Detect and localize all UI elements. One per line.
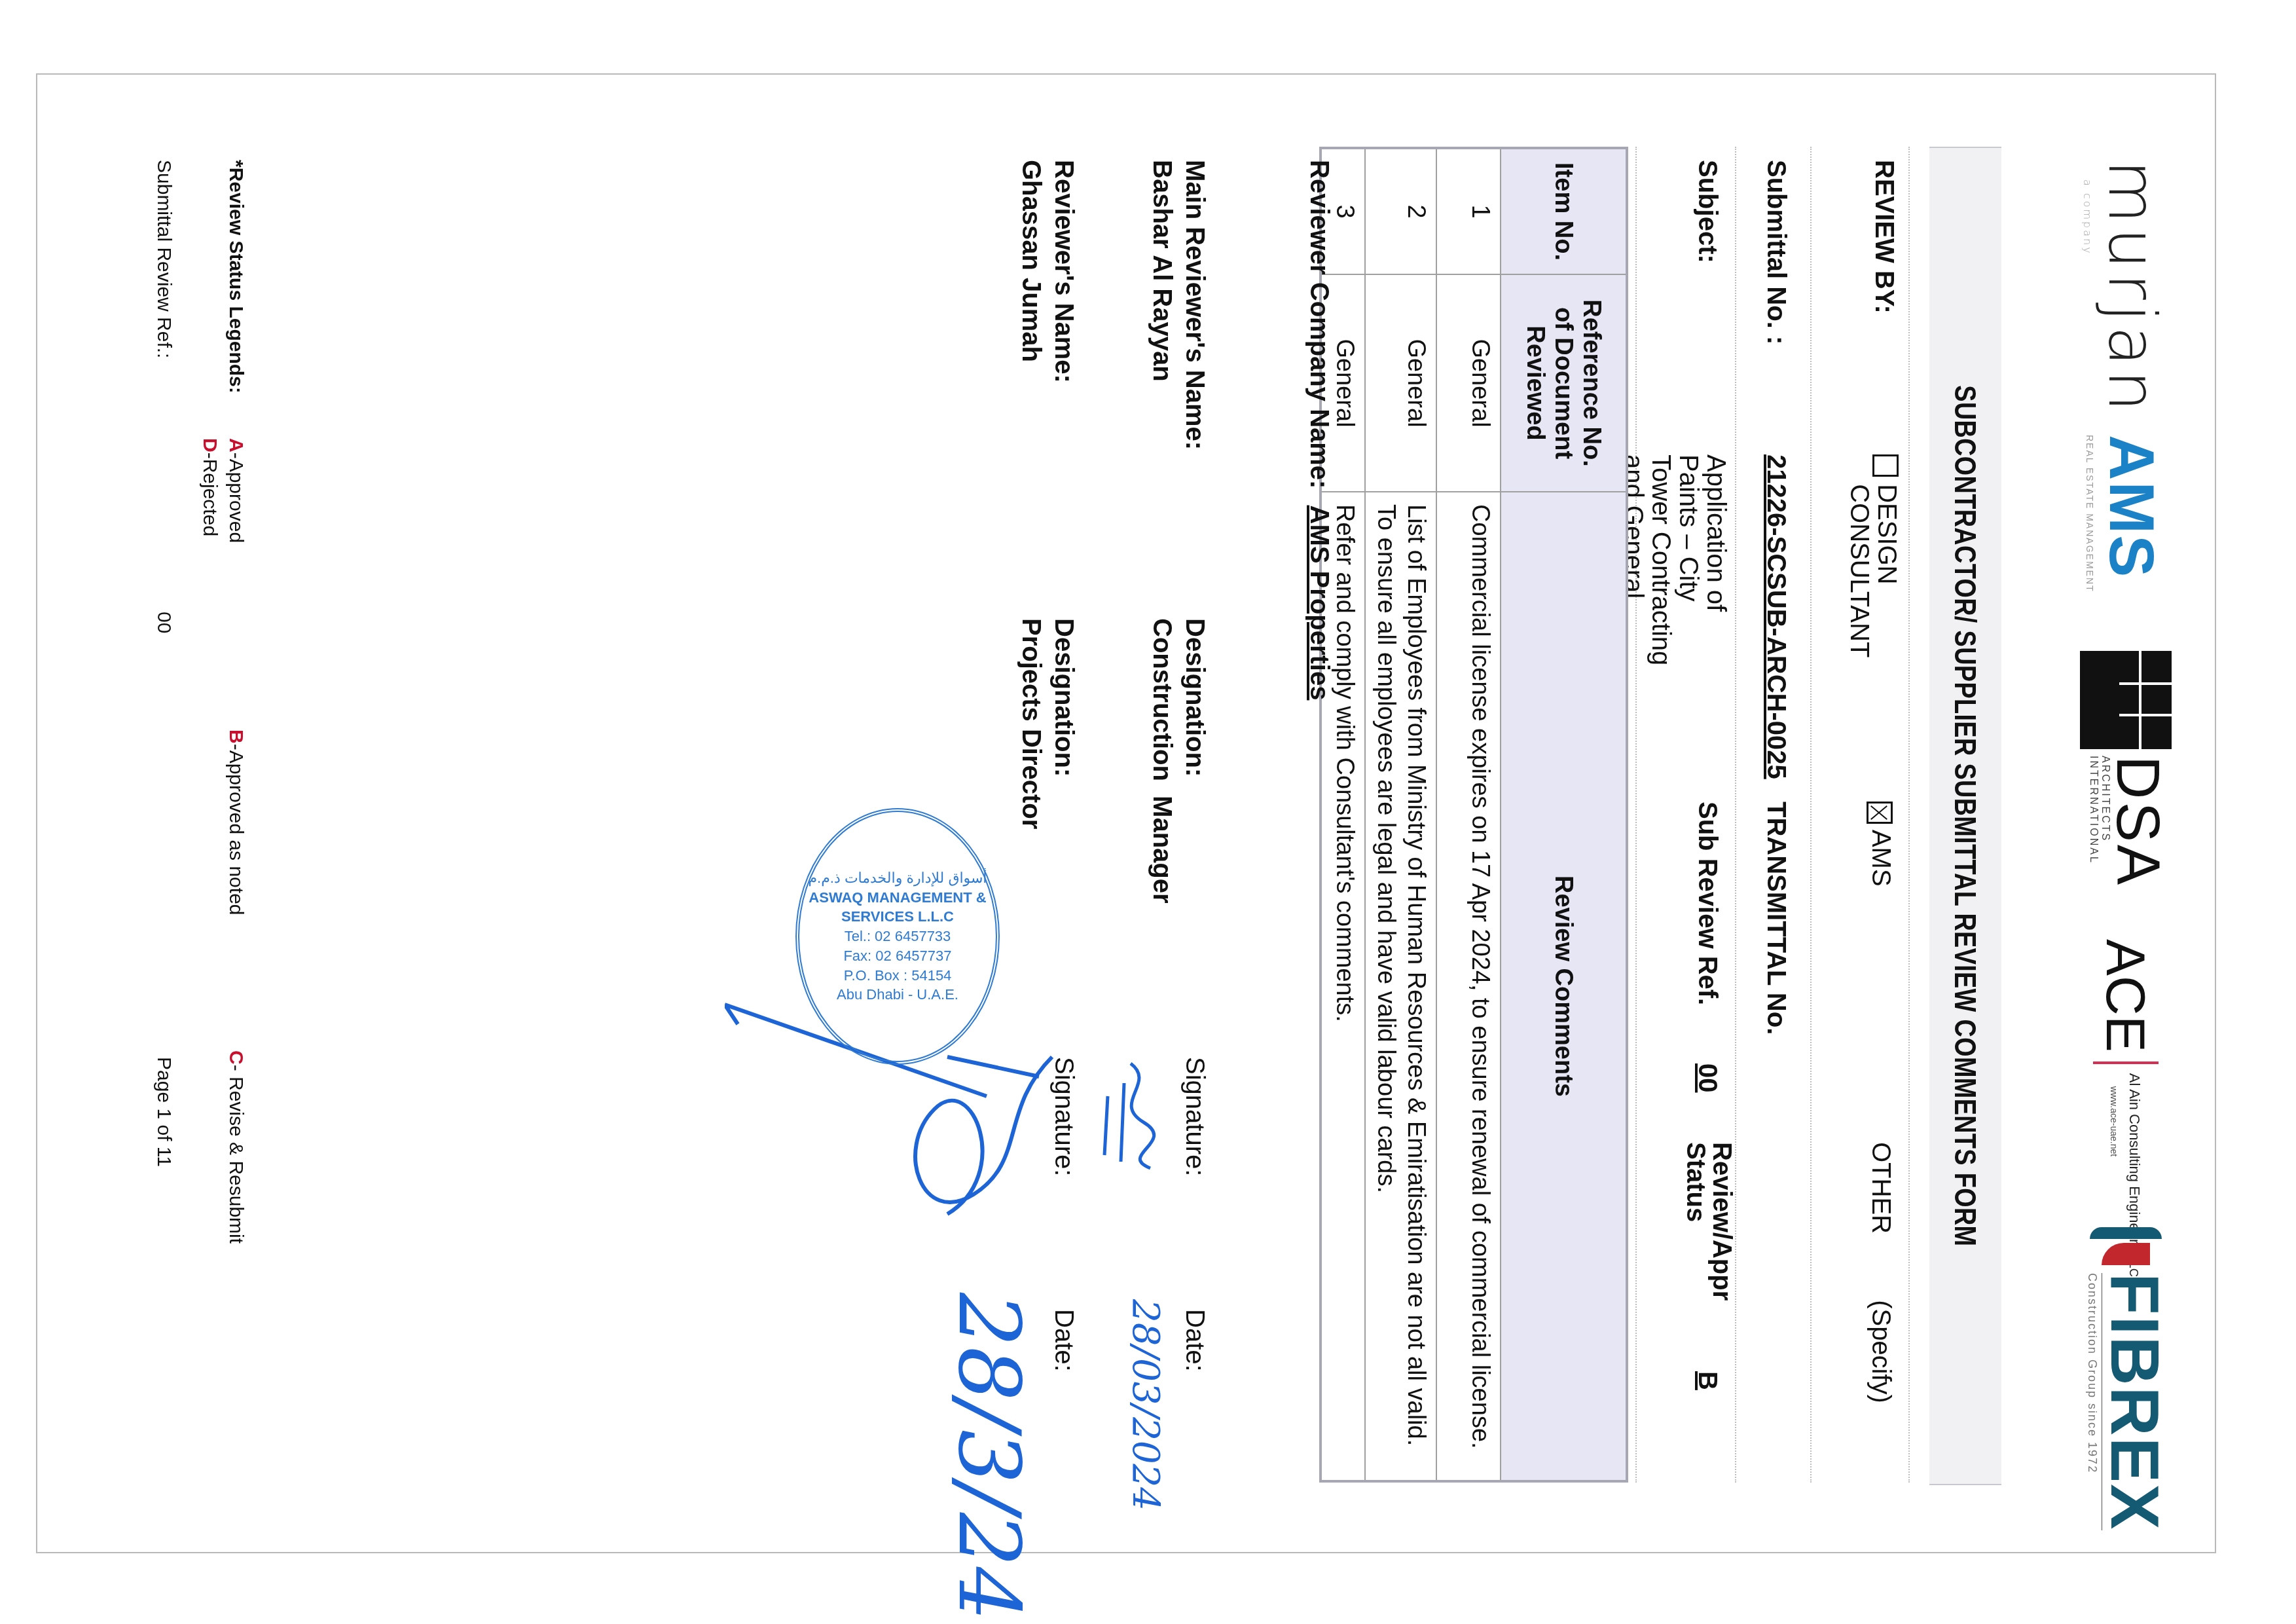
submittal-number: 21226-SCSUB-ARCH-0025 bbox=[1761, 454, 1791, 779]
second-reviewer-date-handwritten: 28/3/24 bbox=[939, 1293, 1039, 1621]
status-legend: *Review Status Legends: bbox=[225, 160, 247, 394]
design-consultant-checkbox[interactable] bbox=[1872, 454, 1899, 477]
ams-checkbox-checked[interactable] bbox=[1867, 802, 1893, 824]
transmittal-label: TRANSMITTAL No. bbox=[1761, 802, 1791, 1035]
submittal-review-ref-label: Submittal Review Ref.: bbox=[153, 160, 175, 358]
main-reviewer-date-handwritten: 28/03/2024 bbox=[1124, 1299, 1167, 1511]
form-page: murjan a company AMS REAL ESTATE MANAGEM… bbox=[37, 75, 2217, 1555]
table-header-row: Item No. Reference No. of Document Revie… bbox=[1501, 148, 1627, 1481]
fibrex-logo: FIBREX Construction Group since 1972 bbox=[2060, 1227, 2191, 1530]
submittal-row: Submittal No. : 21226-SCSUB-ARCH-0025 TR… bbox=[1735, 147, 1812, 1483]
subject-row: Subject: Application of Paints – City To… bbox=[1635, 147, 1736, 1483]
review-by-label: REVIEW BY: bbox=[1869, 160, 1899, 314]
table-row: 2 General List of Employees from Ministr… bbox=[1365, 148, 1436, 1481]
scanned-page: murjan a company AMS REAL ESTATE MANAGEM… bbox=[36, 73, 2216, 1553]
option-design-consultant[interactable]: DESIGN CONSULTANT bbox=[1846, 454, 1901, 615]
logo-row: murjan a company AMS REAL ESTATE MANAGEM… bbox=[2060, 147, 2191, 1483]
ace-divider bbox=[2093, 1061, 2159, 1064]
main-reviewer-signature-icon bbox=[1091, 1057, 1170, 1175]
legend-item-a: A-Approved bbox=[225, 438, 247, 543]
sub-review-ref-value: 00 bbox=[1692, 1063, 1722, 1093]
ams-logo: AMS REAL ESTATE MANAGEMENT bbox=[2060, 435, 2191, 593]
review-status-value: B bbox=[1692, 1371, 1722, 1390]
ams-logo-text: AMS bbox=[2095, 435, 2167, 593]
legend-item-b: B-Approved as noted bbox=[225, 729, 247, 915]
ace-logo: ACE Al Ain Consulting Engineers LLC www.… bbox=[2060, 939, 2191, 1277]
main-reviewer-name: Bashar Al Rayyan bbox=[1147, 160, 1176, 382]
dsa-mark-icon bbox=[2080, 651, 2172, 749]
murjan-logo: murjan a company bbox=[2060, 160, 2191, 415]
form-title: SUBCONTRACTOR/ SUPPLIER SUBMITTAL REVIEW… bbox=[1948, 385, 1983, 1246]
submittal-review-ref-value: 00 bbox=[153, 612, 175, 633]
option-ams[interactable]: AMS bbox=[1866, 802, 1895, 887]
form-title-bar: SUBCONTRACTOR/ SUPPLIER SUBMITTAL REVIEW… bbox=[1929, 147, 2001, 1485]
fibrex-mark-icon bbox=[2090, 1227, 2162, 1266]
second-reviewer-name: Ghassan Jumah bbox=[1016, 160, 1046, 362]
legend-item-d: D-Rejected bbox=[198, 438, 221, 536]
table-row: 1 General Commercial license expires on … bbox=[1436, 148, 1501, 1481]
review-by-row: REVIEW BY: DESIGN CONSULTANT AMS OTHER (… bbox=[1810, 147, 1910, 1483]
dsa-logo: DSA ARCHITECTS INTERNATIONAL bbox=[2060, 651, 2191, 887]
reviewer-company-value: AMS Properties bbox=[1305, 506, 1334, 701]
page-number: Page 1 of 11 bbox=[153, 1057, 175, 1167]
main-reviewer-designation: Construction Manager bbox=[1147, 618, 1176, 904]
company-stamp: أسواق للإدارة والخدمات ذ.م.م ASWAQ MANAG… bbox=[795, 808, 1000, 1065]
legend-item-c: C- Revise & Resubmit bbox=[225, 1050, 247, 1244]
reviewer-company: Reviewer Company Name: AMS Properties bbox=[1304, 160, 1334, 700]
option-other[interactable]: OTHER (Specify) bbox=[1866, 1142, 1895, 1403]
review-comments-table: Item No. Reference No. of Document Revie… bbox=[1319, 147, 1628, 1483]
second-reviewer-designation: Projects Director bbox=[1016, 618, 1046, 829]
